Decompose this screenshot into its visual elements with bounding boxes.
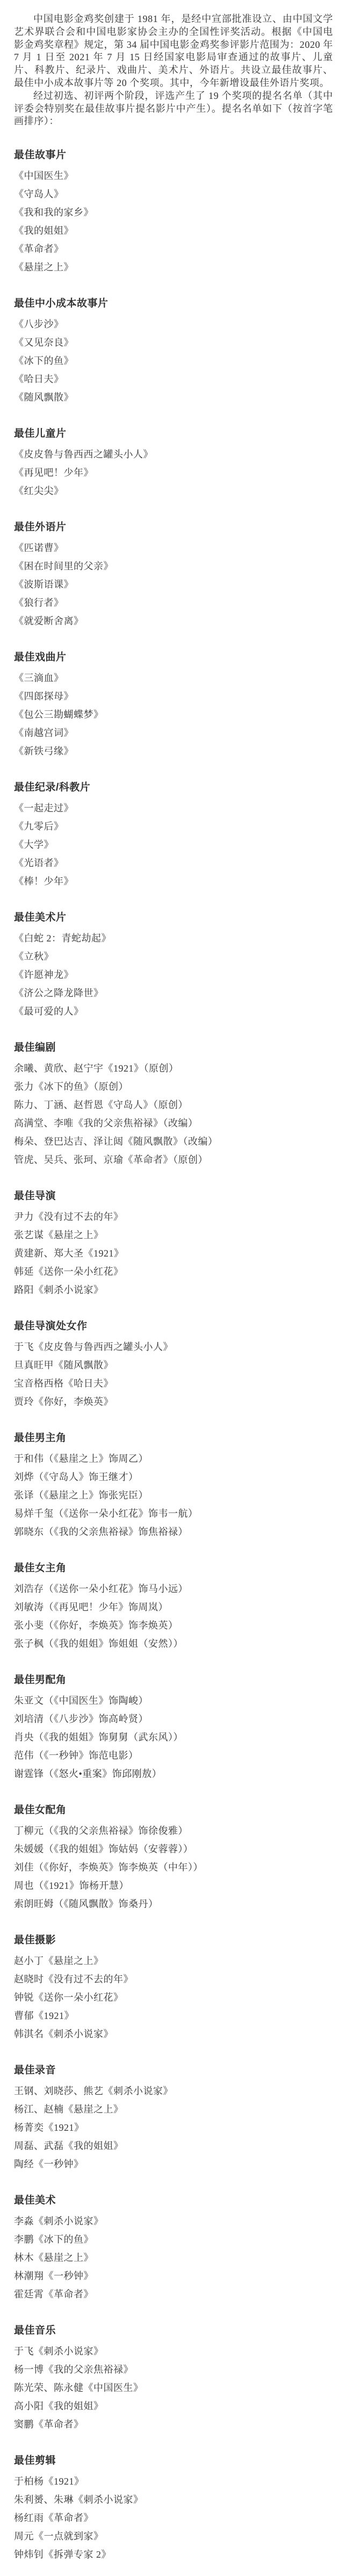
award-item: 《就爱断舍离》: [14, 612, 333, 630]
award-section-title: 最佳美术片: [14, 911, 333, 925]
award-item: 《随风飘散》: [14, 388, 333, 406]
award-item: 高小阳《我的姐姐》: [14, 2397, 333, 2415]
award-section-title: 最佳故事片: [14, 148, 333, 162]
award-section: 最佳女主角 刘浩存（《送你一朵小红花》饰马小远）刘敏涛（《再见吧！少年》饰周岚）…: [14, 1561, 333, 1653]
award-item: 《我的姐姐》: [14, 222, 333, 240]
award-section: 最佳男主角 于和伟（《悬崖之上》饰周乙）刘烨（《守岛人》饰王继才）张译（《悬崖之…: [14, 1431, 333, 1541]
award-item: 王钢、刘晓莎、熊艺《刺杀小说家》: [14, 2082, 333, 2100]
award-item: 杨菁奕《1921》: [14, 2118, 333, 2137]
award-item: 《包公三勘蝴蝶梦》: [14, 705, 333, 724]
award-item: 刘敏涛（《再见吧！少年》饰周岚）: [14, 1598, 333, 1616]
award-item: 林潮翔《一秒钟》: [14, 2267, 333, 2285]
award-item: 《匹诺曹》: [14, 539, 333, 557]
award-section-title: 最佳女配角: [14, 1803, 333, 1817]
award-item: 《四郎探母》: [14, 687, 333, 705]
award-item: 黄建新、郑大圣《1921》: [14, 1244, 333, 1262]
award-item: 《光语者》: [14, 854, 333, 872]
award-section-title: 最佳录音: [14, 2064, 333, 2078]
award-section-title: 最佳儿童片: [14, 427, 333, 441]
award-item: 肖央（《我的姐姐》饰舅舅（武东风））: [14, 1728, 333, 1746]
award-item: 梅朵、登巴达吉、泽让闼《随风飘散》（改编）: [14, 1132, 333, 1151]
award-item: 林木《悬崖之上》: [14, 2249, 333, 2267]
award-item: 《冰下的鱼》: [14, 352, 333, 370]
award-item: 周磊、武磊《我的姐姐》: [14, 2137, 333, 2155]
award-item: 谢霆锋（《怒火•重案》饰邱刚敖）: [14, 1765, 333, 1783]
award-section: 最佳中小成本故事片 《八步沙》《又见奈良》《冰下的鱼》《哈日夫》《随风飘散》: [14, 297, 333, 406]
award-item: 索朗旺姆（《随风飘散》饰桑丹）: [14, 1895, 333, 1913]
award-section-title: 最佳导演处女作: [14, 1319, 333, 1333]
award-item: 《最可爱的人》: [14, 1002, 333, 1021]
award-item: 张小斐（《你好，李焕英》饰李焕英）: [14, 1616, 333, 1635]
award-item: 郭晓东（《我的父亲焦裕禄》饰焦裕禄）: [14, 1523, 333, 1541]
award-item: 李鹏《冰下的鱼》: [14, 2230, 333, 2249]
intro-paragraph-2: 经过初选、初评两个阶段，评选产生了 19 个奖项的提名名单（其中评委会特别奖在最…: [14, 90, 333, 128]
award-item: 《白蛇 2：青蛇劫起》: [14, 929, 333, 947]
award-item: 宝音格西格《哈日夫》: [14, 1374, 333, 1393]
award-item: 高满堂、李唯《我的父亲焦裕禄》（改编）: [14, 1114, 333, 1132]
award-section-title: 最佳男主角: [14, 1431, 333, 1445]
award-section-title: 最佳摄影: [14, 1933, 333, 1947]
award-item: 曹郁《1921》: [14, 2007, 333, 2025]
award-section: 最佳导演 尹力《没有过不去的年》张艺谋《悬崖之上》黄建新、郑大圣《1921》韩延…: [14, 1189, 333, 1299]
award-section-title: 最佳女主角: [14, 1561, 333, 1575]
award-item: 《又见奈良》: [14, 333, 333, 352]
award-item: 于飞《刺杀小说家》: [14, 2342, 333, 2360]
award-item: 杨一博《我的父亲焦裕禄》: [14, 2360, 333, 2379]
award-section-title: 最佳美术: [14, 2194, 333, 2208]
award-item: 刘佳（《你好，李焕英》饰李焕英（中年））: [14, 1858, 333, 1876]
award-item: 张子枫（《我的姐姐》饰姐姐（安然））: [14, 1635, 333, 1653]
award-item: 《波斯语课》: [14, 575, 333, 594]
award-item: 钟锐《送你一朵小红花》: [14, 1988, 333, 2007]
award-item: 《悬崖之上》: [14, 258, 333, 276]
award-item: 陶经《一秒钟》: [14, 2155, 333, 2173]
award-section-title: 最佳戏曲片: [14, 651, 333, 665]
award-item: 钟炜钊《拆弹专家 2》: [14, 2545, 333, 2564]
award-item: 朱亚文（《中国医生》饰陶峻）: [14, 1692, 333, 1710]
award-item: 《哈日夫》: [14, 370, 333, 388]
award-item: 刘烨（《守岛人》饰王继才）: [14, 1468, 333, 1486]
award-item: 《困在时间里的父亲》: [14, 557, 333, 575]
award-section: 最佳剪辑 于柏杨《1921》朱利赟、朱琳《刺杀小说家》杨红雨《革命者》周元《一点…: [14, 2454, 333, 2564]
award-item: 《新铁弓缘》: [14, 742, 333, 760]
award-item: 刘培清（《八步沙》饰高岭贤）: [14, 1710, 333, 1728]
award-item: 于和伟（《悬崖之上》饰周乙）: [14, 1450, 333, 1468]
award-section: 最佳摄影 赵小丁《悬崖之上》赵晓时《没有过不去的年》钟锐《送你一朵小红花》曹郁《…: [14, 1933, 333, 2043]
award-item: 杨江、赵楠《悬崖之上》: [14, 2100, 333, 2118]
award-item: 《九零后》: [14, 817, 333, 836]
award-item: 赵晓时《没有过不去的年》: [14, 1970, 333, 1988]
award-item: 贾玲《你好，李焕英》: [14, 1393, 333, 1411]
award-section: 最佳导演处女作 于飞《皮皮鲁与鲁西西之罐头小人》旦真旺甲《随风飘散》宝音格西格《…: [14, 1319, 333, 1411]
award-section: 最佳美术片 《白蛇 2：青蛇劫起》《立秋》《许愿神龙》《济公之降龙降世》《最可爱…: [14, 911, 333, 1021]
award-item: 赵小丁《悬崖之上》: [14, 1952, 333, 1970]
document-page: 中国电影金鸡奖创建于 1981 年，是经中宣部批准设立、由中国文学艺术界联合会和…: [0, 0, 347, 2576]
award-section-title: 最佳剪辑: [14, 2454, 333, 2468]
award-section: 最佳录音 王钢、刘晓莎、熊艺《刺杀小说家》杨江、赵楠《悬崖之上》杨菁奕《1921…: [14, 2064, 333, 2173]
award-item: 《八步沙》: [14, 315, 333, 333]
award-item: 陈光荣、陈永健《中国医生》: [14, 2379, 333, 2397]
award-section-title: 最佳编剧: [14, 1041, 333, 1055]
award-item: 丁柳元（《我的父亲焦裕禄》饰徐俊雅）: [14, 1822, 333, 1840]
award-section: 最佳男配角 朱亚文（《中国医生》饰陶峻）刘培清（《八步沙》饰高岭贤）肖央（《我的…: [14, 1673, 333, 1783]
award-item: 《中国医生》: [14, 167, 333, 185]
award-section-title: 最佳音乐: [14, 2324, 333, 2338]
award-item: 张译（《悬崖之上》饰张宪臣）: [14, 1486, 333, 1504]
award-item: 于柏杨《1921》: [14, 2472, 333, 2491]
award-item: 周元《一点就到家》: [14, 2527, 333, 2545]
award-item: 刘浩存（《送你一朵小红花》饰马小远）: [14, 1580, 333, 1598]
award-item: 霍廷霄《革命者》: [14, 2285, 333, 2303]
award-section: 最佳故事片 《中国医生》《守岛人》《我和我的家乡》《我的姐姐》《革命者》《悬崖之…: [14, 148, 333, 276]
award-item: 韩延《送你一朵小红花》: [14, 1262, 333, 1281]
award-item: 朱利赟、朱琳《刺杀小说家》: [14, 2491, 333, 2509]
award-item: 《三滴血》: [14, 669, 333, 687]
award-sections: 最佳故事片 《中国医生》《守岛人》《我和我的家乡》《我的姐姐》《革命者》《悬崖之…: [14, 148, 333, 2564]
award-item: 易烊千玺（《送你一朵小红花》饰韦一航）: [14, 1504, 333, 1523]
award-section-title: 最佳中小成本故事片: [14, 297, 333, 311]
award-item: 李淼《刺杀小说家》: [14, 2212, 333, 2230]
award-section-title: 最佳外语片: [14, 520, 333, 534]
award-item: 《许愿神龙》: [14, 966, 333, 984]
award-item: 《守岛人》: [14, 185, 333, 203]
award-item: 韩淇名《刺杀小说家》: [14, 2025, 333, 2043]
award-section-title: 最佳男配角: [14, 1673, 333, 1687]
award-item: 《革命者》: [14, 240, 333, 258]
award-item: 尹力《没有过不去的年》: [14, 1208, 333, 1226]
award-section: 最佳外语片 《匹诺曹》《困在时间里的父亲》《波斯语课》《狼行者》《就爱断舍离》: [14, 520, 333, 630]
award-section-title: 最佳导演: [14, 1189, 333, 1203]
award-item: 路阳《刺杀小说家》: [14, 1281, 333, 1299]
award-item: 张力《冰下的鱼》（原创）: [14, 1078, 333, 1096]
award-item: 《大学》: [14, 836, 333, 854]
award-item: 旦真旺甲《随风飘散》: [14, 1356, 333, 1374]
award-item: 《我和我的家乡》: [14, 203, 333, 222]
award-item: 张艺谋《悬崖之上》: [14, 1226, 333, 1244]
award-section: 最佳美术 李淼《刺杀小说家》李鹏《冰下的鱼》林木《悬崖之上》林潮翔《一秒钟》霍廷…: [14, 2194, 333, 2303]
award-item: 范伟（《一秒钟》饰范电影）: [14, 1746, 333, 1765]
award-section-title: 最佳纪录/科教片: [14, 781, 333, 795]
award-section: 最佳戏曲片 《三滴血》《四郎探母》《包公三勘蝴蝶梦》《南越宫词》《新铁弓缘》: [14, 651, 333, 760]
intro-paragraph-1: 中国电影金鸡奖创建于 1981 年，是经中宣部批准设立、由中国文学艺术界联合会和…: [14, 13, 333, 90]
award-item: 《一起走过》: [14, 799, 333, 817]
award-section: 最佳音乐 于飞《刺杀小说家》杨一博《我的父亲焦裕禄》陈光荣、陈永健《中国医生》高…: [14, 2324, 333, 2434]
award-item: 《再见吧！少年》: [14, 463, 333, 482]
award-item: 《棒！少年》: [14, 872, 333, 890]
award-section: 最佳儿童片 《皮皮鲁与鲁西西之罐头小人》《再见吧！少年》《红尖尖》: [14, 427, 333, 500]
award-item: 杨红雨《革命者》: [14, 2509, 333, 2527]
award-section: 最佳编剧 余曦、黄欣、赵宁宇《1921》（原创）张力《冰下的鱼》（原创）陈力、丁…: [14, 1041, 333, 1169]
award-item: 《皮皮鲁与鲁西西之罐头小人》: [14, 445, 333, 463]
award-item: 周也（《1921》饰杨开慧）: [14, 1876, 333, 1895]
award-item: 于飞《皮皮鲁与鲁西西之罐头小人》: [14, 1338, 333, 1356]
award-section: 最佳女配角 丁柳元（《我的父亲焦裕禄》饰徐俊雅）朱媛媛（《我的姐姐》饰姑妈（安蓉…: [14, 1803, 333, 1913]
award-item: 《南越宫词》: [14, 724, 333, 742]
award-item: 朱媛媛（《我的姐姐》饰姑妈（安蓉蓉））: [14, 1840, 333, 1858]
award-item: 《狼行者》: [14, 594, 333, 612]
award-item: 《济公之降龙降世》: [14, 984, 333, 1002]
award-item: 窦鹏《革命者》: [14, 2415, 333, 2434]
award-item: 《红尖尖》: [14, 482, 333, 500]
award-item: 管虎、吴兵、张珂、京瑜《革命者》（原创）: [14, 1151, 333, 1169]
award-item: 余曦、黄欣、赵宁宇《1921》（原创）: [14, 1059, 333, 1078]
award-item: 《立秋》: [14, 947, 333, 966]
award-section: 最佳纪录/科教片 《一起走过》《九零后》《大学》《光语者》《棒！少年》: [14, 781, 333, 890]
award-item: 陈力、丁涵、赵哲恩《守岛人》（原创）: [14, 1096, 333, 1114]
